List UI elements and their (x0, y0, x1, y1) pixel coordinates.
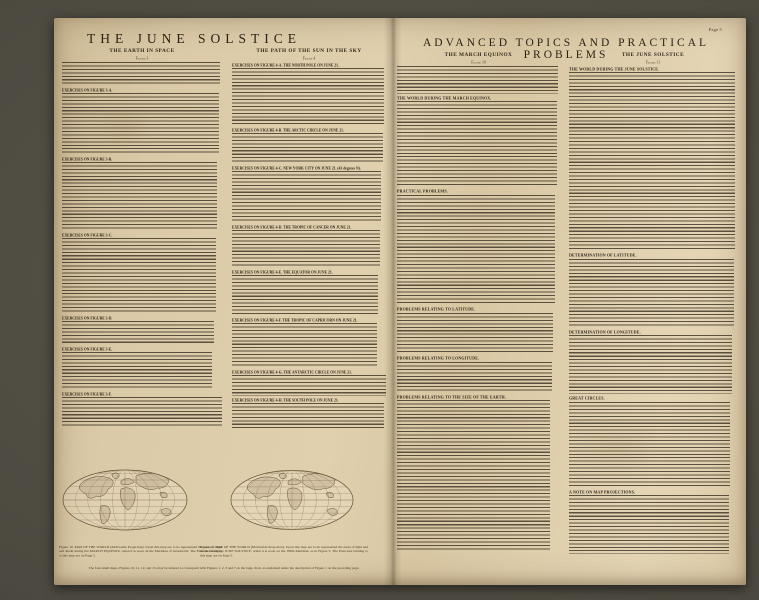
subsection-heading-text: DETERMINATION OF LONGITUDE. (569, 330, 737, 335)
exercise-heading-text: EXERCISES ON FIGURE 4-A. THE NORTH POLE … (232, 63, 386, 68)
greeked-body-text (62, 397, 222, 428)
exercise-heading: EXERCISES ON FIGURE 4-A. THE NORTH POLE … (232, 63, 386, 68)
section-heading: THE MARCH EQUINOX (397, 52, 560, 60)
figure-reference-text: Figure 4 (232, 56, 386, 61)
exercise-heading-text: EXERCISES ON FIGURE 4-E. THE EQUATOR ON … (232, 270, 386, 275)
greeked-body-text (232, 230, 380, 268)
exercise-heading-text: EXERCISES ON FIGURE 4-H. THE SOUTH POLE … (232, 398, 386, 403)
left-page-title: THE JUNE SOLSTICE (54, 31, 334, 47)
greeked-body-text (397, 101, 557, 187)
page-number-label: Page 5 (678, 27, 722, 33)
greeked-body-text (569, 259, 734, 328)
figures-footnote: The four small maps, Figures 10, 11, 12,… (82, 566, 366, 578)
exercise-heading: EXERCISES ON FIGURE 4-B. THE ARCTIC CIRC… (232, 128, 386, 133)
subsection-heading-text: PROBLEMS RELATING TO LATITUDE. (397, 307, 560, 312)
mollweide-map-drawing (60, 462, 190, 542)
exercise-heading-text: EXERCISES ON FIGURE 3-B. (62, 157, 222, 162)
exercise-heading-text: EXERCISES ON FIGURE 3-D. (62, 316, 222, 321)
greeked-body-text (397, 362, 552, 393)
exercise-heading-text: EXERCISES ON FIGURE 3-F. (62, 392, 222, 397)
greeked-body-text (397, 400, 550, 552)
left-page-column-2: THE PATH OF THE SUN IN THE SKYFigure 4EX… (232, 48, 386, 432)
greeked-body-text (397, 195, 555, 305)
exercise-heading: EXERCISES ON FIGURE 3-A. (62, 88, 222, 93)
greeked-body-text (62, 321, 214, 345)
greeked-body-text (62, 162, 217, 231)
greeked-body-text (569, 335, 732, 394)
subsection-heading: PROBLEMS RELATING TO THE SIZE OF THE EAR… (397, 395, 560, 401)
exercise-heading-text: EXERCISES ON FIGURE 4-D. THE TROPIC OF C… (232, 225, 386, 230)
exercise-heading: EXERCISES ON FIGURE 4-E. THE EQUATOR ON … (232, 270, 386, 275)
greeked-body-text (232, 375, 386, 396)
exercise-heading-text: EXERCISES ON FIGURE 3-A. (62, 88, 222, 93)
greeked-body-text (232, 323, 377, 368)
left-page-column-1: THE EARTH IN SPACEFigure 3EXERCISES ON F… (62, 48, 222, 430)
exercise-heading-text: EXERCISES ON FIGURE 4-F. THE TROPIC OF C… (232, 318, 386, 323)
subsection-heading-text: PROBLEMS RELATING TO THE SIZE OF THE EAR… (397, 395, 560, 400)
figures-footnote-text: The four small maps, Figures 10, 11, 12,… (82, 566, 366, 570)
scanned-book-background: THE JUNE SOLSTICE ADVANCED TOPICS AND PR… (0, 0, 759, 600)
mollweide-map-drawing (228, 462, 356, 542)
greeked-body-text (232, 133, 383, 164)
exercise-heading: EXERCISES ON FIGURE 4-D. THE TROPIC OF C… (232, 225, 386, 230)
greeked-body-text (232, 403, 384, 431)
subsection-heading-text: DETERMINATION OF LATITUDE. (569, 253, 737, 258)
exercise-heading: EXERCISES ON FIGURE 4-G. THE ANTARCTIC C… (232, 370, 386, 375)
figure-reference: Figure 10 (397, 60, 560, 66)
section-heading-text: THE EARTH IN SPACE (62, 48, 222, 54)
greeked-body-text (62, 62, 220, 86)
center-fold-shadow (384, 18, 402, 585)
subsection-heading: THE WORLD DURING THE JUNE SOLSTICE. (569, 67, 737, 73)
section-heading: THE JUNE SOLSTICE (569, 52, 737, 60)
greeked-body-text (232, 68, 384, 127)
subsection-heading: A NOTE ON MAP PROJECTIONS. (569, 490, 737, 496)
exercise-heading: EXERCISES ON FIGURE 3-B. (62, 157, 222, 162)
greeked-body-text (397, 313, 553, 354)
exercise-heading-text: EXERCISES ON FIGURE 4-G. THE ANTARCTIC C… (232, 370, 386, 375)
section-heading-text: THE PATH OF THE SUN IN THE SKY (232, 48, 386, 54)
exercise-heading-text: EXERCISES ON FIGURE 4-B. THE ARCTIC CIRC… (232, 128, 386, 133)
exercise-heading-text: EXERCISES ON FIGURE 3-E. (62, 347, 222, 352)
figure-reference-text: Figure 3 (62, 56, 222, 61)
subsection-heading-text: PROBLEMS RELATING TO LONGITUDE. (397, 356, 560, 361)
greeked-body-text (569, 402, 730, 488)
greeked-body-text (62, 238, 216, 314)
subsection-heading-text: GREAT CIRCLES. (569, 396, 737, 401)
subsection-heading-text: THE WORLD DURING THE JUNE SOLSTICE. (569, 67, 737, 72)
greeked-body-text (569, 495, 729, 554)
figure-reference: Figure 3 (62, 56, 222, 62)
page-number-text: Page 5 (678, 27, 722, 32)
figure-11-caption: Figure 11. MAP OF THE WORLD (Mollweide P… (200, 545, 368, 563)
exercise-heading-text: EXERCISES ON FIGURE 4-C. NEW YORK CITY O… (232, 166, 386, 171)
greeked-body-text (569, 72, 735, 251)
figure-10-world-map (60, 462, 190, 542)
greeked-body-text (397, 66, 558, 94)
greeked-body-text (62, 93, 219, 155)
subsection-heading: THE WORLD DURING THE MARCH EQUINOX. (397, 96, 560, 102)
figure-reference: Figure 4 (232, 56, 386, 62)
section-heading: THE EARTH IN SPACE (62, 48, 222, 56)
section-heading-text: THE MARCH EQUINOX (397, 52, 560, 58)
section-heading: THE PATH OF THE SUN IN THE SKY (232, 48, 386, 56)
exercise-heading-text: EXERCISES ON FIGURE 3-C. (62, 233, 222, 238)
exercise-heading: EXERCISES ON FIGURE 3-D. (62, 316, 222, 321)
greeked-body-text (232, 275, 378, 316)
exercise-heading: EXERCISES ON FIGURE 3-F. (62, 392, 222, 397)
greeked-body-text (232, 171, 381, 223)
right-page-column-2: THE JUNE SOLSTICEFigure 11THE WORLD DURI… (569, 52, 737, 556)
exercise-heading: EXERCISES ON FIGURE 3-C. (62, 233, 222, 238)
exercise-heading: EXERCISES ON FIGURE 4-C. NEW YORK CITY O… (232, 166, 386, 171)
figure-10-caption: Figure 10. MAP OF THE WORLD (Mollweide P… (59, 545, 222, 563)
exercise-heading: EXERCISES ON FIGURE 4-H. THE SOUTH POLE … (232, 398, 386, 403)
figure-11-world-map (228, 462, 356, 542)
greeked-body-text (62, 352, 212, 390)
subsection-heading-text: A NOTE ON MAP PROJECTIONS. (569, 490, 737, 495)
subsection-heading-text: THE WORLD DURING THE MARCH EQUINOX. (397, 96, 560, 101)
figure-reference-text: Figure 10 (397, 60, 560, 65)
section-heading-text: THE JUNE SOLSTICE (569, 52, 737, 58)
subsection-heading-text: PRACTICAL PROBLEMS. (397, 189, 560, 194)
figure-reference-text: Figure 11 (569, 60, 737, 65)
figure-reference: Figure 11 (569, 60, 737, 66)
figure-11-caption-text: Figure 11. MAP OF THE WORLD (Mollweide P… (200, 545, 368, 557)
figure-10-caption-text: Figure 10. MAP OF THE WORLD (Mollweide P… (59, 545, 222, 557)
book-spread-paper: THE JUNE SOLSTICE ADVANCED TOPICS AND PR… (54, 18, 746, 585)
right-page-column-1: THE MARCH EQUINOXFigure 10THE WORLD DURI… (397, 52, 560, 554)
